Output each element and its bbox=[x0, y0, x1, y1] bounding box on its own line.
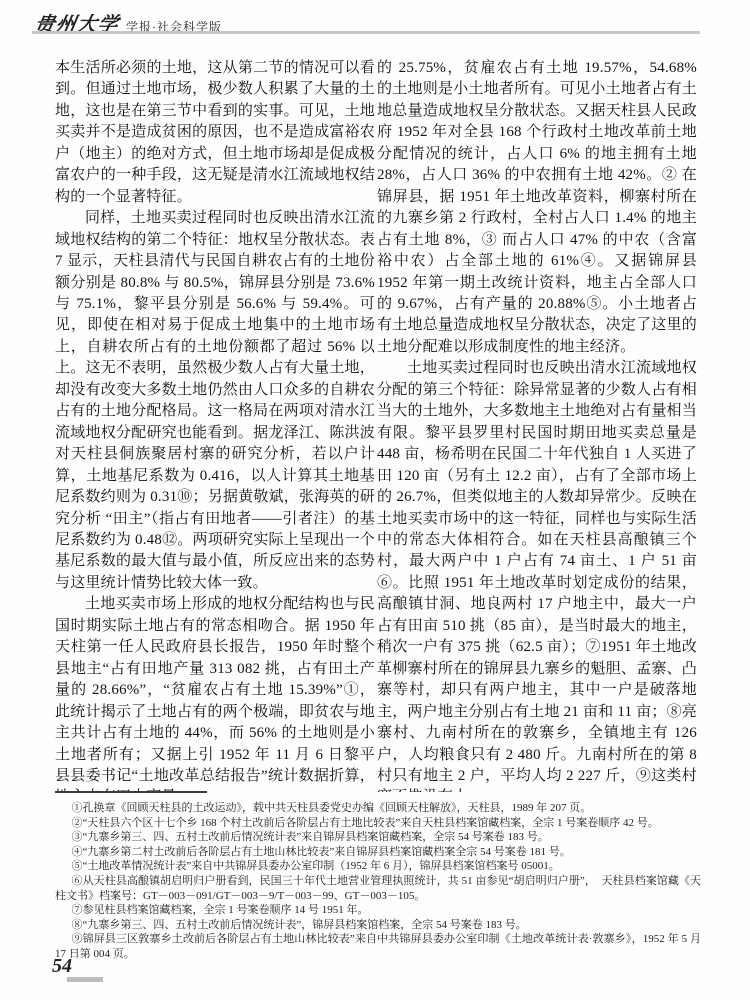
header-divider bbox=[32, 31, 700, 34]
page-number-underline bbox=[67, 977, 103, 982]
journal-page: 贵州大学学报·社会科学版 本生活所必须的土地，这从第二节的情况可以看到。但通过土… bbox=[0, 0, 750, 1000]
left-column: 本生活所必须的土地，这从第二节的情况可以看到。但通过土地市场，极少数人积累了大量… bbox=[55, 58, 375, 792]
footnote-5: ⑤“土地改革情况统计表”来自中共锦屏县委办公室印制（1952 年 6 月），锦屏… bbox=[55, 859, 701, 874]
footnotes: ①孔换章《回顾天柱县的土改运动》，载中共天柱县委党史办编《回顾天柱解放》，天柱县… bbox=[55, 801, 701, 959]
footnote-2: ②“天柱县六个区十七个乡 168 个村土改前后各阶层占有土地比较表”来自天柱县档… bbox=[55, 816, 701, 831]
right-column: 的 25.75%，贫雇农占有土地 19.57%，54.68% 的土地则是小土地者… bbox=[377, 58, 697, 792]
footnote-8: ⑧“九寨乡第三、四、五村土改前后情况统计表”，锦屏县档案馆档案，全宗 54 号案… bbox=[55, 918, 701, 933]
paragraph: 的 25.75%，贫雇农占有土地 19.57%，54.68% 的土地则是小土地者… bbox=[377, 58, 697, 358]
paragraph: 土地买卖过程同时也反映出清水江流域地权分配的第三个特征：除异常显著的少数人占有相… bbox=[377, 358, 697, 792]
footnote-7: ⑦参见柱县档案馆藏档案，全宗 1 号案卷顺序 14 号 1951 年。 bbox=[55, 903, 701, 918]
footnote-divider bbox=[55, 791, 207, 793]
footnote-9: ⑨锦屏县三区敦寨乡土改前后各阶层占有土地山林比较表”来自中共锦屏县委办公室印制《… bbox=[55, 932, 701, 959]
article-body: 本生活所必须的土地，这从第二节的情况可以看到。但通过土地市场，极少数人积累了大量… bbox=[55, 58, 697, 792]
paragraph: 同样，土地买卖过程同时也反映出清水江流域地权结构的第二个特征：地权呈分散状态。表… bbox=[55, 208, 375, 594]
footnote-4: ④“九寨乡第二村土改前后各阶层占有土地山林比较表”来自锦屏县档案馆藏档案全宗 5… bbox=[55, 845, 701, 860]
footnote-1: ①孔换章《回顾天柱县的土改运动》，载中共天柱县委党史办编《回顾天柱解放》，天柱县… bbox=[55, 801, 701, 816]
page-number: 54 bbox=[52, 955, 72, 978]
paragraph: 本生活所必须的土地，这从第二节的情况可以看到。但通过土地市场，极少数人积累了大量… bbox=[55, 58, 375, 208]
footnote-6: ⑥从天柱县高酿镇胡启明归户册看到，民国三十年代土地营业管理执照统计，共 51 亩… bbox=[55, 874, 701, 903]
footnote-3: ③“九寨乡第三、四、五村土改前后情况统计表”来自锦屏县档案馆藏档案，全宗 54 … bbox=[55, 830, 701, 845]
paragraph: 土地买卖市场上形成的地权分配结构也与民国时期实际土地占有的常态相吻合。据 195… bbox=[55, 594, 375, 792]
